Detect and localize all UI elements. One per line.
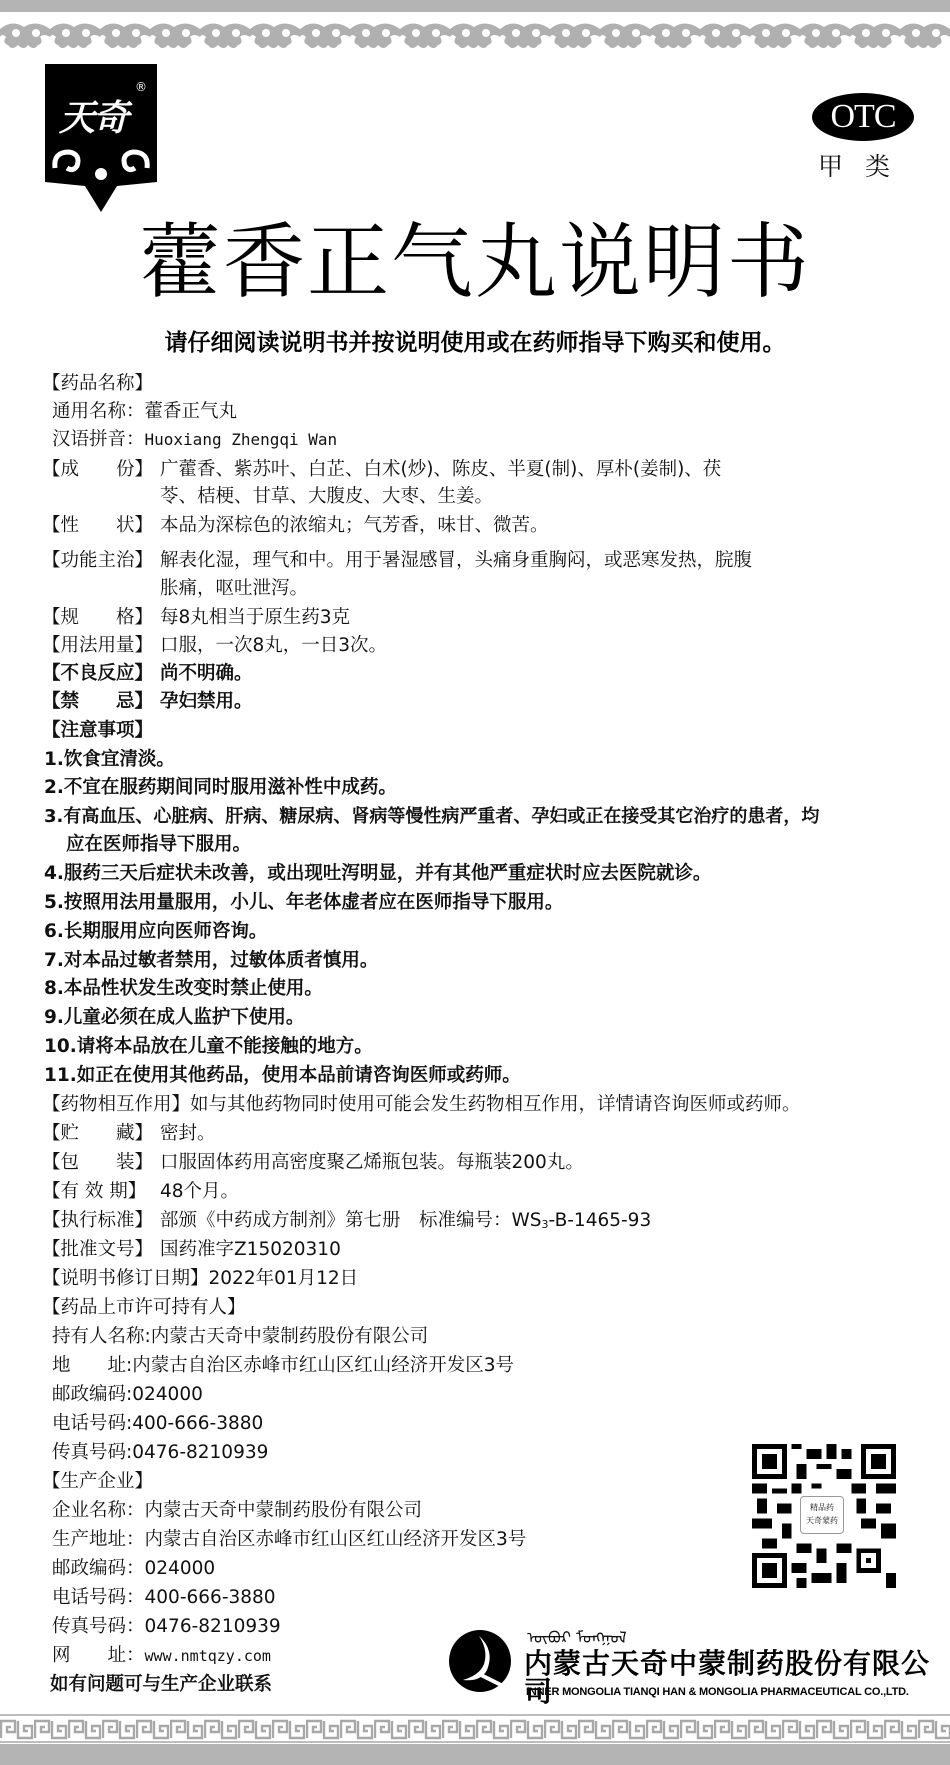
contraindications-value: 孕妇禁用。 [160,691,253,712]
qr-badge-line1: 精品药 [801,1501,843,1514]
reading-notice: 请仔细阅读说明书并按说明使用或在药师指导下购买和使用。 [0,332,950,355]
holder-name-row: 持有人名称:内蒙古天奇中蒙制药股份有限公司 [52,1323,428,1351]
precaution-item: 3.有高血压、心脏病、肝病、糖尿病、肾病等慢性病严重者、孕妇或正在接受其它治疗的… [44,803,819,831]
holder-name-value: 内蒙古天奇中蒙制药股份有限公司 [151,1326,429,1347]
bottom-border-line [0,1714,950,1716]
top-border-band [0,0,950,12]
registered-mark: ® [135,80,147,94]
manufacturer-fax-label: 传真号码： [52,1616,145,1637]
qr-badge-line2: 天奇蒙药 [801,1514,843,1527]
adverse-reactions-row: 【不良反应】尚不明确。 [42,660,253,688]
approval-row: 【批准文号】国药准字Z15020310 [42,1236,341,1264]
holder-fax-label: 传真号码: [52,1442,132,1463]
manufacturer-name-value: 内蒙古天奇中蒙制药股份有限公司 [145,1500,423,1521]
revision-label: 【说明书修订日期】 [42,1268,209,1289]
dosage-row: 【用法用量】口服，一次8丸，一日3次。 [42,632,387,660]
appearance-label: 【性 状】 [42,512,160,540]
holder-phone-row: 电话号码:400-666-3880 [52,1410,263,1438]
indications-label: 【功能主治】 [42,547,160,575]
brand-logo-text: 天奇 [59,90,127,141]
storage-row: 【贮 藏】密封。 [42,1120,216,1148]
manufacturer-postcode-value: 024000 [145,1558,216,1579]
manufacturer-website-row: 网 址：www.nmtqzy.com [52,1642,271,1670]
standard-row: 【执行标准】部颁《中药成方制剂》第七册 标准编号：WS3-B-1465-93 [42,1207,651,1239]
pinyin-label: 汉语拼音： [52,429,145,450]
cloud-pattern-border [0,19,950,51]
bottom-border-line [0,1741,950,1743]
revision-row: 【说明书修订日期】2022年01月12日 [42,1265,358,1293]
interactions-label: 【药物相互作用】 [42,1094,190,1115]
precaution-item: 9.儿童必须在成人监护下使用。 [44,1004,304,1032]
indications-row: 【功能主治】解表化湿，理气和中。用于暑湿感冒，头痛身重胸闷，或恶寒发热，脘腹 [42,547,752,575]
manufacturer-postcode-row: 邮政编码：024000 [52,1555,215,1583]
holder-phone-label: 电话号码: [52,1413,132,1434]
precaution-item: 11.如正在使用其他药品，使用本品前请咨询医师或药师。 [44,1062,521,1090]
standard-subscript: 3 [542,1218,549,1231]
manufacturer-fax-row: 传真号码：0476-8210939 [52,1613,281,1641]
holder-postcode-row: 邮政编码:024000 [52,1381,203,1409]
appearance-row: 【性 状】本品为深棕色的浓缩丸；气芳香，味甘、微苦。 [42,512,549,540]
holder-phone-value: 400-666-3880 [132,1413,263,1434]
indications-value: 解表化湿，理气和中。用于暑湿感冒，头痛身重胸闷，或恶寒发热，脘腹 [160,550,752,571]
ingredients-continued: 苓、桔梗、甘草、大腹皮、大枣、生姜。 [160,483,493,511]
package-row: 【包 装】口服固体药用高密度聚乙烯瓶包装。每瓶装200丸。 [42,1149,584,1177]
revision-value: 2022年01月12日 [209,1268,359,1289]
otc-label: OTC [831,98,896,136]
dosage-label: 【用法用量】 [42,632,160,660]
manufacturer-name-label: 企业名称： [52,1500,145,1521]
expiry-label: 【有 效 期】 [42,1178,160,1206]
interactions-value: 如与其他药物同时使用可能会发生药物相互作用，详情请咨询医师或药师。 [190,1094,801,1115]
contraindications-label: 【禁 忌】 [42,688,160,716]
specification-label: 【规 格】 [42,604,160,632]
holder-address-label: 地 址: [52,1355,132,1376]
indications-continued: 胀痛，呕吐泄泻。 [160,575,308,603]
package-label: 【包 装】 [42,1149,160,1177]
precaution-item: 6.长期服用应向医师咨询。 [44,918,267,946]
manufacturer-phone-label: 电话号码： [52,1587,145,1608]
package-value: 口服固体药用高密度聚乙烯瓶包装。每瓶装200丸。 [160,1152,584,1173]
contact-note: 如有问题可与生产企业联系 [50,1671,272,1699]
storage-label: 【贮 藏】 [42,1120,160,1148]
adverse-reactions-label: 【不良反应】 [42,660,160,688]
specification-value: 每8丸相当于原生药3克 [160,607,350,628]
precaution-item: 7.对本品过敏者禁用，过敏体质者慎用。 [44,947,378,975]
manufacturer-phone-row: 电话号码：400-666-3880 [52,1584,276,1612]
precaution-item: 4.服药三天后症状未改善，或出现吐泻明显，并有其他严重症状时应去医院就诊。 [44,860,711,888]
company-name-english: INNER MONGOLIA TIANQI HAN & MONGOLIA PHA… [526,1686,909,1698]
bottom-border-band [0,1744,950,1765]
precaution-item: 10.请将本品放在儿童不能接触的地方。 [44,1033,373,1061]
precaution-item: 8.本品性状发生改变时禁止使用。 [44,975,323,1003]
section-header-drug-name: 【药品名称】 [42,370,153,398]
holder-address-value: 内蒙古自治区赤峰市红山区红山经济开发区3号 [132,1355,514,1376]
otc-badge: OTC [812,93,914,141]
manufacturer-address-row: 生产地址：内蒙古自治区赤峰市红山区红山经济开发区3号 [52,1526,526,1554]
approval-value: 国药准字Z15020310 [160,1239,341,1260]
standard-label: 【执行标准】 [42,1207,160,1235]
specification-row: 【规 格】每8丸相当于原生药3克 [42,604,350,632]
approval-label: 【批准文号】 [42,1236,160,1264]
precaution-item: 2.不宜在服药期间同时服用滋补性中成药。 [44,774,397,802]
holder-postcode-label: 邮政编码: [52,1384,132,1405]
expiry-row: 【有 效 期】48个月。 [42,1178,239,1206]
ingredients-label: 【成 份】 [42,456,160,484]
generic-name-row: 通用名称：藿香正气丸 [52,398,237,426]
pinyin-row: 汉语拼音：Huoxiang Zhengqi Wan [52,426,337,454]
pinyin-value: Huoxiang Zhengqi Wan [145,430,338,449]
ingredients-value: 广藿香、紫苏叶、白芷、白术(炒)、陈皮、半夏(制)、厚朴(姜制)、茯 [160,459,721,480]
fret-pattern-border [0,1718,950,1740]
contraindications-row: 【禁 忌】孕妇禁用。 [42,688,253,716]
brand-logo: 天奇 ® [45,64,157,212]
generic-name-label: 通用名称： [52,401,145,422]
qr-code: 精品药 天奇蒙药 [752,1444,896,1588]
manufacturer-website-value: www.nmtqzy.com [145,1647,271,1665]
manufacturer-postcode-label: 邮政编码： [52,1558,145,1579]
generic-name-value: 藿香正气丸 [145,401,238,422]
document-title: 藿香正气丸说明书 [0,222,950,304]
holder-name-label: 持有人名称: [52,1326,151,1347]
manufacturer-address-value: 内蒙古自治区赤峰市红山区红山经济开发区3号 [145,1529,527,1550]
adverse-reactions-value: 尚不明确。 [160,663,253,684]
interactions-row: 【药物相互作用】如与其他药物同时使用可能会发生药物相互作用，详情请咨询医师或药师… [42,1091,801,1119]
holder-address-row: 地 址:内蒙古自治区赤峰市红山区红山经济开发区3号 [52,1352,514,1380]
qr-center-badge: 精品药 天奇蒙药 [800,1496,844,1534]
manufacturer-name-row: 企业名称：内蒙古天奇中蒙制药股份有限公司 [52,1497,422,1525]
holder-postcode-value: 024000 [132,1384,203,1405]
standard-value: 部颁《中药成方制剂》第七册 标准编号：WS [160,1210,542,1231]
manufacturer-website-label: 网 址： [52,1645,145,1666]
holder-fax-row: 传真号码:0476-8210939 [52,1439,268,1467]
section-header-precautions: 【注意事项】 [42,717,153,745]
appearance-value: 本品为深棕色的浓缩丸；气芳香，味甘、微苦。 [160,515,549,536]
ingredients-row: 【成 份】广藿香、紫苏叶、白芷、白术(炒)、陈皮、半夏(制)、厚朴(姜制)、茯 [42,456,721,484]
manufacturer-phone-value: 400-666-3880 [145,1587,276,1608]
holder-fax-value: 0476-8210939 [132,1442,268,1463]
dosage-value: 口服，一次8丸，一日3次。 [160,635,387,656]
section-header-manufacturer: 【生产企业】 [42,1468,153,1496]
company-name-mongolian: ᠥᠪᠦᠷ ᠮᠣᠩᠭᠣᠯ [527,1620,907,1644]
expiry-value: 48个月。 [160,1181,239,1202]
precaution-item-continued: 应在医师指导下服用。 [66,831,251,859]
precaution-item: 1.饮食宜清淡。 [44,746,175,774]
manufacturer-address-label: 生产地址： [52,1529,145,1550]
manufacturer-fax-value: 0476-8210939 [145,1616,281,1637]
company-logo-mark [449,1630,511,1692]
standard-suffix: -B-1465-93 [549,1210,652,1231]
otc-class-label: 甲类 [818,147,914,183]
storage-value: 密封。 [160,1123,216,1144]
section-header-holder: 【药品上市许可持有人】 [42,1294,246,1322]
precaution-item: 5.按照用法用量服用，小儿、年老体虚者应在医师指导下服用。 [44,889,563,917]
